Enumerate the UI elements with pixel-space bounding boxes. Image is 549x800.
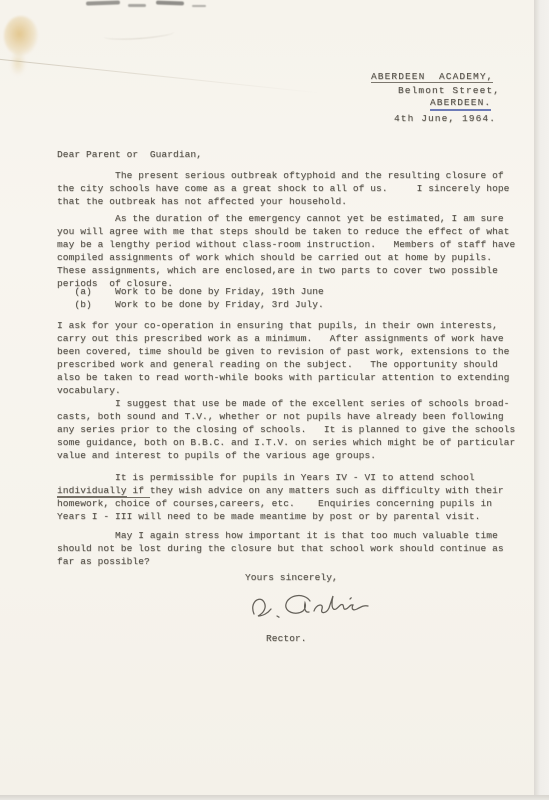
letterhead-school-name: ABERDEEN ACADEMY, (371, 70, 493, 83)
paragraph-broadcasts: I suggest that use be made of the excell… (57, 397, 517, 462)
paper-crease (0, 58, 320, 93)
scan-edge-bottom (0, 795, 549, 800)
rust-stain-small (10, 50, 26, 76)
paragraph-outbreak: The present serious outbreak oftyphoid a… (57, 169, 517, 208)
letterhead-city: ABERDEEN. (430, 96, 491, 109)
salutation: Dear Parent or Guardian, (57, 148, 202, 161)
paragraph-cooperation: I ask for your co-operation in ensuring … (57, 319, 517, 397)
paper-crease (104, 28, 174, 42)
scanned-letter-page: ABERDEEN ACADEMY, Belmont Street, ABERDE… (0, 0, 549, 800)
attendance-text: It is permissible for pupils in Years IV… (57, 472, 475, 483)
top-edge-smudge (128, 4, 146, 7)
top-edge-smudge (192, 5, 206, 7)
paragraph-assignments: As the duration of the emergency cannot … (57, 212, 517, 290)
paragraph-stress: May I again stress how important it is t… (57, 529, 517, 568)
signed-role: Rector. (266, 632, 307, 645)
school-name-text: ABERDEEN ACADEMY, (371, 71, 493, 83)
overlined-homework-choice: homework, choice (57, 497, 150, 509)
signature-name-text: A. Goldie (0, 0, 1, 1)
attendance-text: if they wish advice on any matters such … (127, 485, 504, 496)
paragraph-attendance: It is permissible for pupils in Years IV… (57, 471, 517, 523)
handwritten-signature (238, 590, 396, 628)
work-deadline-list: (a) Work to be done by Friday, 19th June… (57, 285, 517, 311)
top-edge-smudge (156, 1, 184, 6)
closing-phrase: Yours sincerely, (245, 571, 338, 584)
underlined-individually: individually (57, 485, 127, 497)
city-text-blue-underline: ABERDEEN. (430, 97, 491, 111)
top-edge-smudge (86, 0, 120, 5)
letter-paper: ABERDEEN ACADEMY, Belmont Street, ABERDE… (0, 0, 534, 797)
scan-edge-right (534, 0, 549, 800)
letter-date: 4th June, 1964. (394, 112, 496, 125)
